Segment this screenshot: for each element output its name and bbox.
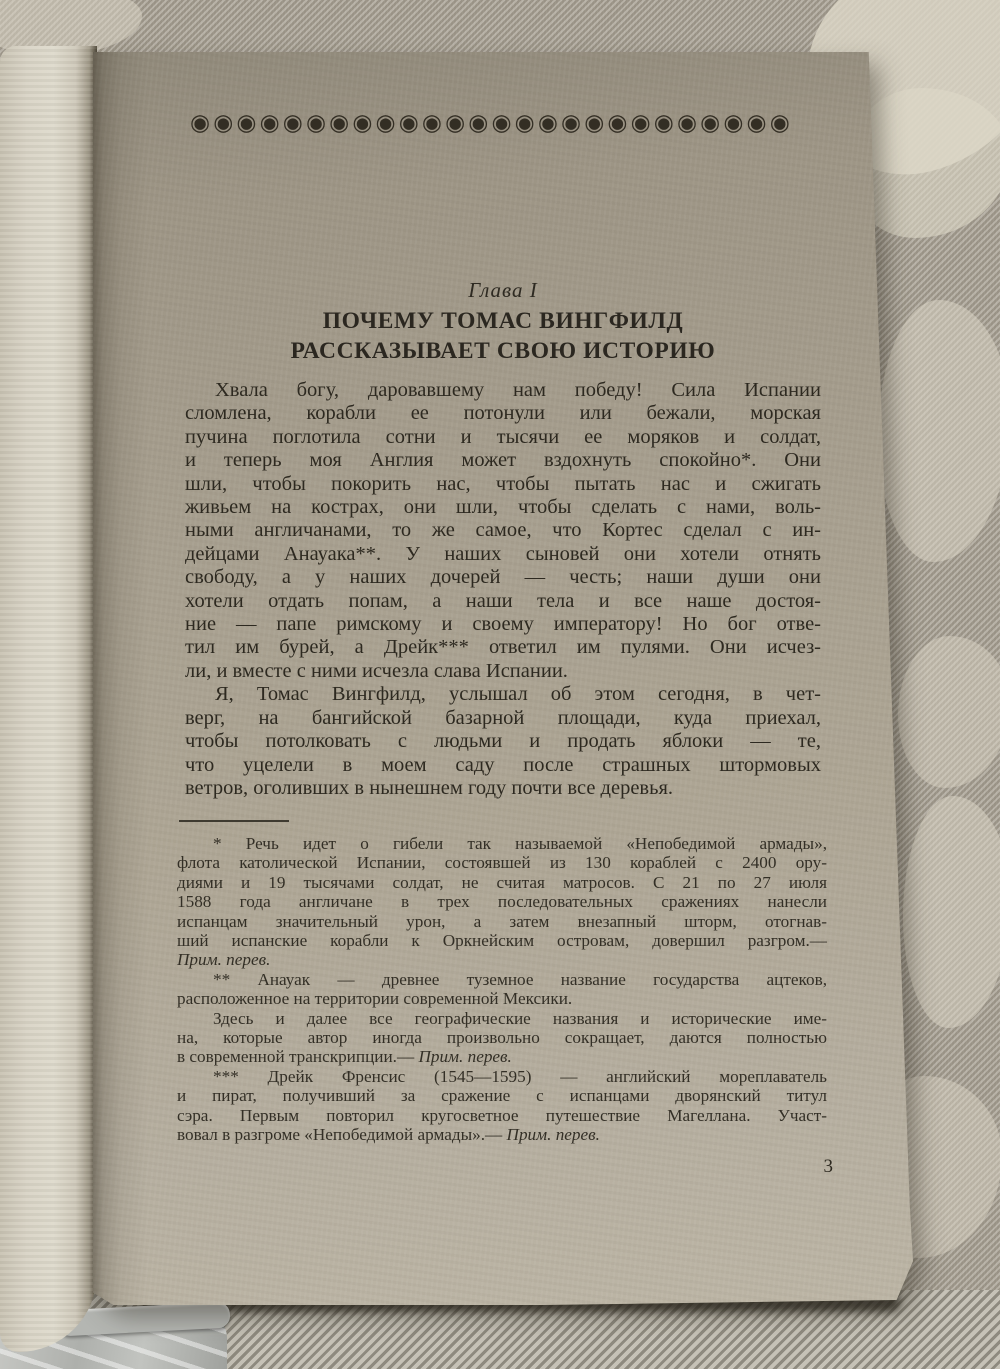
text-line: расположенное на территории современной … [177, 989, 827, 1008]
text-line: сэра. Первым повторил кругосветное путеш… [177, 1106, 827, 1125]
text-segment: 1588 года англичане в трех последователь… [177, 892, 827, 911]
text-segment: сломлена, корабли ее потонули или бежали… [185, 402, 821, 424]
text-segment: верг, на бангийской базарной площади, ку… [185, 707, 821, 729]
circle-ornament-icon: ◉ [700, 110, 720, 136]
body-text: Хвала богу, даровавшему нам победу! Сила… [185, 379, 821, 800]
text-line: диями и 19 тысячами солдат, не считая ма… [177, 873, 827, 892]
text-segment: * Речь идет о гибели так называемой «Неп… [213, 834, 827, 853]
circle-ornament-icon: ◉ [352, 110, 372, 136]
page-paper: ◉◉◉◉◉◉◉◉◉◉◉◉◉◉◉◉◉◉◉◉◉◉◉◉◉◉ Глава I ПОЧЕМ… [93, 52, 913, 1305]
circle-ornament-icon: ◉ [445, 110, 465, 136]
text-line: и пират, получивший за сражение с испанц… [177, 1086, 827, 1105]
text-segment: и теперь моя Англия может вздохнуть спок… [185, 449, 821, 471]
text-line: шли, чтобы покорить нас, чтобы пытать на… [185, 473, 821, 496]
plaster-patch [898, 636, 1000, 788]
text-line: * Речь идет о гибели так называемой «Неп… [177, 834, 827, 853]
circle-ornament-icon: ◉ [770, 110, 790, 136]
text-line: Я, Томас Вингфилд, услышал об этом сегод… [185, 683, 821, 706]
footnote-paragraph: Здесь и далее все географические названи… [177, 1009, 827, 1067]
text-segment: шли, чтобы покорить нас, чтобы пытать на… [185, 473, 821, 495]
text-segment: ние — папе римскому и своему императору!… [185, 613, 821, 635]
text-segment: что уцелели в моем саду после страшных ш… [185, 754, 821, 776]
text-line: и теперь моя Англия может вздохнуть спок… [185, 449, 821, 472]
circle-ornament-icon: ◉ [561, 110, 581, 136]
body-paragraph: Хвала богу, даровавшему нам победу! Сила… [185, 379, 821, 683]
circle-ornament-row: ◉◉◉◉◉◉◉◉◉◉◉◉◉◉◉◉◉◉◉◉◉◉◉◉◉◉ [190, 110, 790, 136]
book-page-edges [0, 46, 97, 1352]
text-line: живьем на кострах, они шли, чтобы сделат… [185, 496, 821, 519]
text-line: *** Дрейк Френсис (1545—1595) — английск… [177, 1067, 827, 1086]
text-line: Прим. перев. [177, 950, 827, 969]
text-line: Здесь и далее все географические названи… [177, 1009, 827, 1028]
footnotes: * Речь идет о гибели так называемой «Неп… [177, 834, 827, 1145]
translator-note-italic: Прим. перев. [507, 1125, 600, 1144]
text-line: что уцелели в моем саду после страшных ш… [185, 754, 821, 777]
circle-ornament-icon: ◉ [723, 110, 743, 136]
footnote-paragraph: *** Дрейк Френсис (1545—1595) — английск… [177, 1067, 827, 1145]
text-segment: флота католической Испании, состоявшей и… [177, 853, 827, 872]
circle-ornament-icon: ◉ [515, 110, 535, 136]
body-paragraph: Я, Томас Вингфилд, услышал об этом сегод… [185, 683, 821, 800]
circle-ornament-icon: ◉ [677, 110, 697, 136]
translator-note-italic: Прим. перев. [177, 950, 270, 969]
text-line: вовал в разгроме «Непобедимой армады».— … [177, 1125, 827, 1144]
text-line: ние — папе римскому и своему императору!… [185, 613, 821, 636]
circle-ornament-icon: ◉ [260, 110, 280, 136]
text-line: испанцам значительный урон, а затем внез… [177, 912, 827, 931]
chapter-title: ПОЧЕМУ ТОМАС ВИНГФИЛД РАССКАЗЫВАЕТ СВОЮ … [167, 306, 839, 366]
text-segment: живьем на кострах, они шли, чтобы сделат… [185, 496, 821, 518]
footnote-separator [179, 820, 289, 822]
chapter-title-line2: РАССКАЗЫВАЕТ СВОЮ ИСТОРИЮ [167, 336, 839, 366]
footnote-paragraph: ** Анауак — древнее туземное название го… [177, 970, 827, 1009]
text-line: ** Анауак — древнее туземное название го… [177, 970, 827, 989]
book-photo-scene: ◉◉◉◉◉◉◉◉◉◉◉◉◉◉◉◉◉◉◉◉◉◉◉◉◉◉ Глава I ПОЧЕМ… [0, 0, 1000, 1369]
circle-ornament-icon: ◉ [491, 110, 511, 136]
circle-ornament-icon: ◉ [306, 110, 326, 136]
text-segment: *** Дрейк Френсис (1545—1595) — английск… [213, 1067, 827, 1086]
text-segment: чтобы потолковать с людьми и продать ябл… [185, 730, 821, 752]
text-line: дейцами Анауака**. У наших сыновей они х… [185, 543, 821, 566]
circle-ornament-icon: ◉ [399, 110, 419, 136]
text-line: на, которые автор иногда произвольно сок… [177, 1028, 827, 1047]
text-segment: вовал в разгроме «Непобедимой армады».— [177, 1125, 507, 1144]
text-line: 1588 года англичане в трех последователь… [177, 892, 827, 911]
text-segment: Хвала богу, даровавшему нам победу! Сила… [215, 379, 821, 401]
circle-ornament-icon: ◉ [631, 110, 651, 136]
circle-ornament-icon: ◉ [236, 110, 256, 136]
text-segment: ными англичанами, то же самое, что Корте… [185, 519, 821, 541]
text-segment: расположенное на территории современной … [177, 989, 572, 1008]
text-segment: Здесь и далее все географические названи… [213, 1009, 827, 1028]
chapter-title-line1: ПОЧЕМУ ТОМАС ВИНГФИЛД [167, 306, 839, 336]
plaster-patch [903, 796, 1000, 1028]
text-line: хотели отдать попам, а наши тела и все н… [185, 590, 821, 613]
text-line: Хвала богу, даровавшему нам победу! Сила… [185, 379, 821, 402]
text-line: ли, и вместе с ними исчезла слава Испани… [185, 660, 821, 683]
text-segment: тил им бурей, а Дрейк*** ответил им пуля… [185, 636, 821, 658]
text-segment: хотели отдать попам, а наши тела и все н… [185, 590, 821, 612]
circle-ornament-icon: ◉ [213, 110, 233, 136]
translator-note-italic: Прим. перев. [418, 1047, 511, 1066]
text-segment: ветров, оголивших в нынешнем году почти … [185, 777, 673, 799]
footnote-paragraph: * Речь идет о гибели так называемой «Неп… [177, 834, 827, 970]
text-segment: сэра. Первым повторил кругосветное путеш… [177, 1106, 827, 1125]
text-segment: ший испанские корабли к Оркнейским остро… [177, 931, 827, 950]
text-line: чтобы потолковать с людьми и продать ябл… [185, 730, 821, 753]
text-segment: и пират, получивший за сражение с испанц… [177, 1086, 827, 1105]
book-page: ◉◉◉◉◉◉◉◉◉◉◉◉◉◉◉◉◉◉◉◉◉◉◉◉◉◉ Глава I ПОЧЕМ… [93, 52, 913, 1305]
text-segment: свободу, а у наших дочерей — честь; наши… [185, 566, 821, 588]
text-segment: Я, Томас Вингфилд, услышал об этом сегод… [215, 683, 821, 705]
text-line: ший испанские корабли к Оркнейским остро… [177, 931, 827, 950]
circle-ornament-icon: ◉ [607, 110, 627, 136]
text-segment: пучина поглотила сотни и тысячи ее моряк… [185, 426, 821, 448]
text-segment: в современной транскрипции.— [177, 1047, 418, 1066]
circle-ornament-icon: ◉ [468, 110, 488, 136]
text-line: флота католической Испании, состоявшей и… [177, 853, 827, 872]
text-line: тил им бурей, а Дрейк*** ответил им пуля… [185, 636, 821, 659]
circle-ornament-icon: ◉ [584, 110, 604, 136]
text-line: пучина поглотила сотни и тысячи ее моряк… [185, 426, 821, 449]
circle-ornament-icon: ◉ [329, 110, 349, 136]
chapter-kicker: Глава I [183, 278, 823, 303]
text-segment: ли, и вместе с ними исчезла слава Испани… [185, 660, 568, 682]
text-line: сломлена, корабли ее потонули или бежали… [185, 402, 821, 425]
text-line: в современной транскрипции.— Прим. перев… [177, 1047, 827, 1066]
circle-ornament-icon: ◉ [376, 110, 396, 136]
text-segment: дейцами Анауака**. У наших сыновей они х… [185, 543, 821, 565]
circle-ornament-icon: ◉ [190, 110, 210, 136]
text-line: ными англичанами, то же самое, что Корте… [185, 519, 821, 542]
page-crease-shadow [93, 52, 153, 1305]
circle-ornament-icon: ◉ [747, 110, 767, 136]
text-segment: ** Анауак — древнее туземное название го… [213, 970, 827, 989]
circle-ornament-icon: ◉ [654, 110, 674, 136]
text-segment: испанцам значительный урон, а затем внез… [177, 912, 827, 931]
page-number: 3 [181, 1156, 833, 1178]
text-line: свободу, а у наших дочерей — честь; наши… [185, 566, 821, 589]
circle-ornament-icon: ◉ [422, 110, 442, 136]
circle-ornament-icon: ◉ [283, 110, 303, 136]
text-line: ветров, оголивших в нынешнем году почти … [185, 777, 821, 800]
text-segment: диями и 19 тысячами солдат, не считая ма… [177, 873, 827, 892]
circle-ornament-icon: ◉ [538, 110, 558, 136]
text-segment: на, которые автор иногда произвольно сок… [177, 1028, 827, 1047]
text-line: верг, на бангийской базарной площади, ку… [185, 707, 821, 730]
